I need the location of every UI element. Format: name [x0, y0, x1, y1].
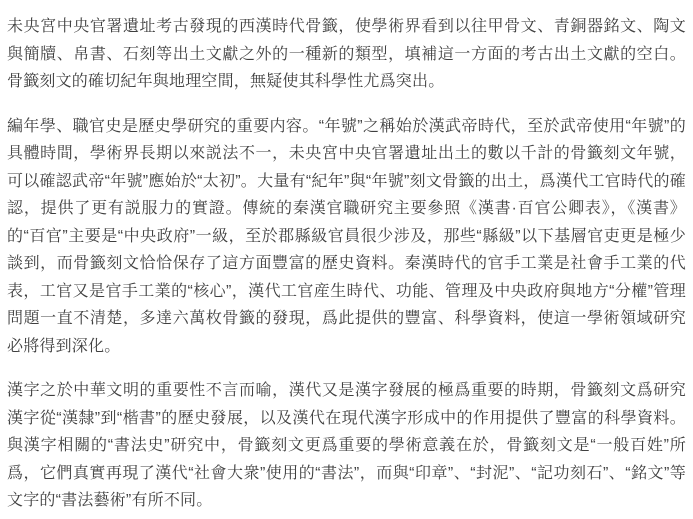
- article-text: 未央宮中央官署遺址考古發現的西漢時代骨籤，使學術界看到以往甲骨文、青銅器銘文、陶…: [0, 0, 693, 515]
- paragraph-bone-tags-discovery: 未央宮中央官署遺址考古發現的西漢時代骨籤，使學術界看到以往甲骨文、青銅器銘文、陶…: [7, 13, 686, 96]
- paragraph-chronology-and-officials: 編年學、職官史是歷史學研究的重要内容。“年號”之稱始於漢武帝時代，至於武帝使用“…: [7, 113, 686, 361]
- paragraph-characters-and-calligraphy: 漢字之於中華文明的重要性不言而喻，漢代又是漢字發展的極爲重要的時期，骨籤刻文爲研…: [7, 377, 686, 515]
